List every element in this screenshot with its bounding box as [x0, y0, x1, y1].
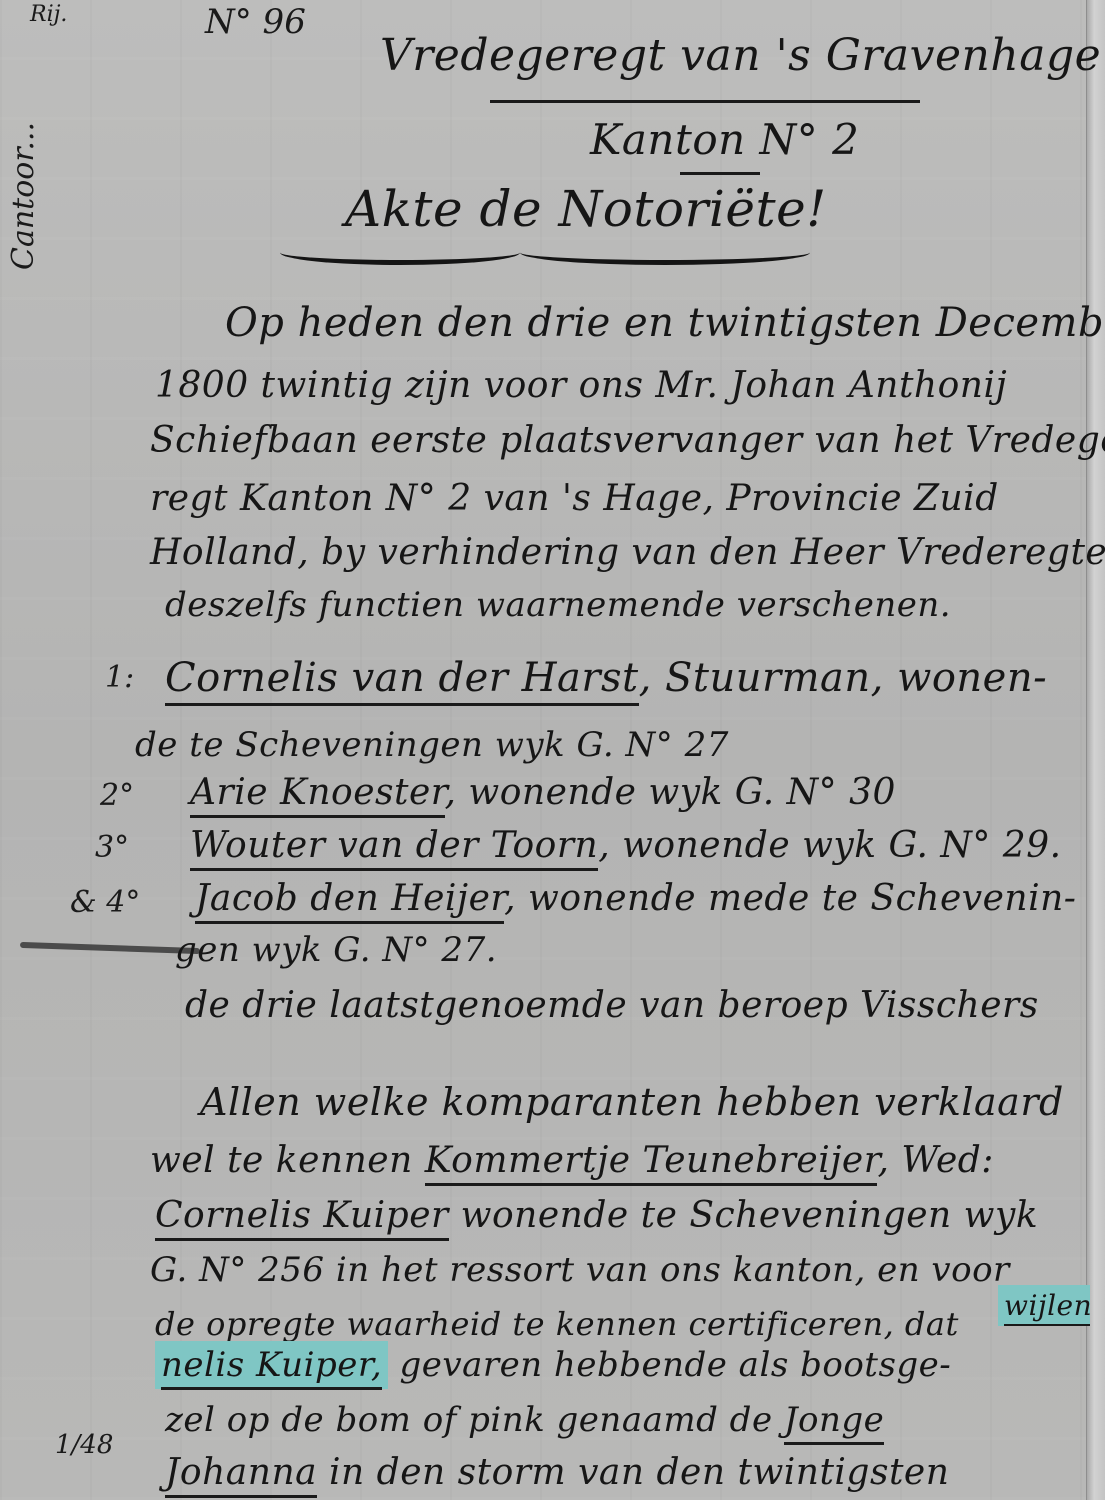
witness-4-name: Jacob den Heijer — [195, 878, 504, 924]
witness-number-2: 2° — [100, 778, 134, 813]
witness-4: Jacob den Heijer, wonende mede te Scheve… — [195, 878, 1076, 919]
intro-line-5: Holland, by verhindering van den Heer Vr… — [150, 532, 1105, 573]
witness-1-name: Cornelis van der Harst — [165, 655, 639, 706]
declaration-line-2-pre: wel te kennen — [150, 1140, 425, 1181]
witness-2: Arie Knoester, wonende wyk G. N° 30 — [190, 772, 896, 813]
kanton-underline — [680, 172, 760, 175]
witness-1-details: , Stuurman, wonen- — [639, 655, 1048, 701]
intro-line-4: regt Kanton N° 2 van 's Hage, Provincie … — [150, 478, 999, 519]
margin-note-rij: Rij. — [30, 2, 67, 27]
continuation-3-text: in den storm van den twintigsten — [317, 1452, 949, 1493]
margin-note-bottom: 1/48 — [55, 1430, 113, 1460]
intro-line-1: Op heden den drie en twintigsten Decembe… — [225, 300, 1105, 346]
intro-line-3: Schiefbaan eerste plaatsvervanger van he… — [150, 420, 1105, 461]
intro-line-6: deszelfs functien waarnemende verschenen… — [165, 585, 951, 625]
witness-2-details: , wonende wyk G. N° 30 — [445, 772, 896, 813]
highlighted-name-part-2: nelis Kuiper, — [155, 1341, 388, 1389]
declaration-line-4: G. N° 256 in het ressort van ons kanton,… — [150, 1250, 1010, 1290]
court-title-underline — [490, 100, 920, 103]
kanton-heading: Kanton N° 2 — [590, 115, 859, 164]
declaration-line-5-pre: de opregte waarheid te kennen certificer… — [155, 1305, 959, 1343]
continuation-line-3: Johanna in den storm van den twintigsten — [165, 1452, 949, 1493]
declaration-line-3: Cornelis Kuiper wonende te Scheveningen … — [155, 1195, 1038, 1236]
ship-name-part-2: Johanna — [165, 1452, 317, 1498]
witness-1: Cornelis van der Harst, Stuurman, wonen- — [165, 655, 1047, 701]
witness-number-1: 1: — [105, 660, 134, 695]
continuation-line-1: nelis Kuiper, gevaren hebbende als boots… — [155, 1345, 951, 1385]
witness-2-name: Arie Knoester — [190, 772, 445, 818]
witness-4-details: , wonende mede te Schevenin- — [504, 878, 1076, 919]
page-edge — [1086, 0, 1105, 1500]
person-name-teunebreijer: Kommertje Teunebreijer — [425, 1140, 878, 1186]
declaration-line-2: wel te kennen Kommertje Teunebreijer, We… — [150, 1140, 994, 1181]
continuation-line-2: zel op de bom of pink genaamd de Jonge — [165, 1400, 884, 1440]
continuation-1-text: gevaren hebbende als bootsge- — [388, 1345, 951, 1385]
continuation-2-text: zel op de bom of pink genaamd de — [165, 1400, 784, 1440]
witness-number-3: 3° — [95, 830, 129, 865]
declaration-line-1: Allen welke komparanten hebben verklaard — [200, 1080, 1064, 1124]
highlight-1-text: wijlen Cor- — [1004, 1289, 1090, 1326]
ink-strike-mark — [20, 942, 200, 954]
witness-1-line2: de te Scheveningen wyk G. N° 27 — [135, 725, 729, 765]
profession-line: de drie laatstgenoemde van beroep Vissch… — [185, 985, 1039, 1026]
ship-name-part-1: Jonge — [784, 1400, 884, 1445]
witness-number-4: & 4° — [70, 885, 140, 920]
declaration-line-3-post: wonende te Scheveningen wyk — [449, 1195, 1038, 1236]
highlight-2-text: nelis Kuiper, — [161, 1345, 382, 1390]
witness-3-details: , wonende wyk G. N° 29. — [598, 825, 1061, 866]
witness-4-line2: gen wyk G. N° 27. — [175, 930, 497, 970]
title-flourish-right — [520, 240, 810, 265]
highlighted-name-part-1: wijlen Cor- — [998, 1285, 1090, 1326]
title-flourish-left — [280, 240, 520, 265]
intro-line-2: 1800 twintig zijn voor ons Mr. Johan Ant… — [155, 365, 1007, 406]
margin-note-vertical: Cantoor... — [6, 80, 41, 270]
document-number: N° 96 — [205, 2, 306, 42]
person-name-cornelis-kuiper: Cornelis Kuiper — [155, 1195, 449, 1241]
witness-3: Wouter van der Toorn, wonende wyk G. N° … — [190, 825, 1062, 866]
declaration-line-2-post: , Wed: — [877, 1140, 993, 1181]
deed-title: Akte de Notoriëte! — [345, 180, 827, 238]
court-title: Vredegeregt van 's Gravenhage — [380, 30, 1101, 81]
declaration-line-5: de opregte waarheid te kennen certificer… — [155, 1305, 959, 1343]
witness-3-name: Wouter van der Toorn — [190, 825, 598, 871]
